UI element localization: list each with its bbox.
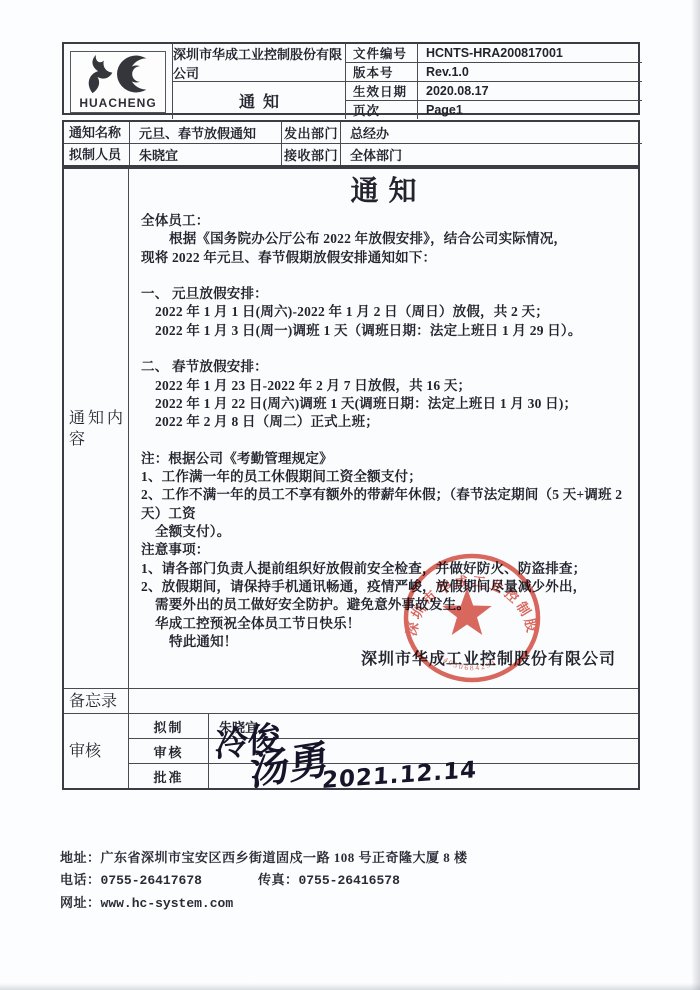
content-line: 一、 元旦放假安排： <box>129 285 638 303</box>
review-label-check: 审核 <box>129 738 208 763</box>
content-line: 2022 年 2 月 8 日（周二）正式上班； <box>129 413 638 431</box>
content-line: 二、 春节放假安排： <box>129 358 638 376</box>
receive-dept-value: 全体部门 <box>340 143 642 165</box>
content-line: 全额支付）。 <box>129 523 638 541</box>
footer-website-url: www.hc-system.com <box>101 896 234 911</box>
field-label-doc-no: 文件编号 <box>345 44 417 62</box>
content-line: 深圳市华成工业控制股份有限公司 <box>129 651 638 669</box>
review-sublabels: 拟制 审核 批准 <box>129 714 209 788</box>
company-logo: HUACHENG <box>70 51 166 113</box>
content-line: 全体员工： <box>129 212 638 230</box>
review-label-draft: 拟制 <box>129 714 208 738</box>
company-name: 深圳市华成工业控制股份有限公司 <box>172 44 345 81</box>
footer-contact-block: 地址：广东省深圳市宝安区西乡街道固戍一路 108 号正奇隆大厦 8 楼 电话：0… <box>60 847 468 915</box>
footer-fax-label: 传真： <box>258 872 299 887</box>
notice-name-value: 元旦、春节放假通知 <box>129 122 281 143</box>
footer-phone-fax: 电话：0755-26417678传真：0755-26416578 <box>60 869 468 892</box>
scan-edge-right <box>691 0 700 990</box>
footer-fax: 0755-26416578 <box>298 873 399 888</box>
field-value-page: Page1 <box>417 100 642 119</box>
notice-title: 通知 <box>129 174 638 212</box>
content-line: 需要外出的员工做好安全防护。避免意外事故发生。 <box>129 596 638 614</box>
footer-phone-label: 电话： <box>60 872 101 887</box>
content-line: 2022 年 1 月 23 日-2022 年 2 月 7 日放假，共 16 天； <box>129 377 638 395</box>
drafter-value: 朱晓宜 <box>129 143 281 165</box>
content-line: 2022 年 1 月 1 日(周六)-2022 年 1 月 2 日（周日）放假，… <box>129 303 638 321</box>
field-value-doc-no: HCNTS-HRA200817001 <box>417 44 642 62</box>
footer-address: 地址：广东省深圳市宝安区西乡街道固戍一路 108 号正奇隆大厦 8 楼 <box>60 847 468 869</box>
content-line: 1、请各部门负责人提前组织好放假前安全检查，并做好防火、防盗排查； <box>129 560 638 578</box>
memo-value <box>129 689 638 713</box>
review-label: 审核 <box>64 714 129 788</box>
doc-type-title: 通知 <box>172 81 345 119</box>
seal-number: 44030684294 <box>437 652 498 672</box>
field-value-effective-date: 2020.08.17 <box>417 81 642 100</box>
content-line: 2022 年 1 月 3 日(周一)调班 1 天（调班日期：法定上班日 1 月 … <box>129 322 638 340</box>
main-table: 通知内容 通知 全体员工：根据《国务院办公厅公布 2022 年放假安排》，结合公… <box>62 167 640 790</box>
content-lines: 全体员工：根据《国务院办公厅公布 2022 年放假安排》，结合公司实际情况，现将… <box>129 212 638 669</box>
notice-content-row: 通知内容 通知 全体员工：根据《国务院办公厅公布 2022 年放假安排》，结合公… <box>64 169 638 688</box>
company-seal: 深圳市华成工业控制股份有限公司 44030684294 <box>401 552 543 688</box>
content-line: 注：根据公司《考勤管理规定》 <box>129 450 638 468</box>
content-line <box>129 340 638 358</box>
notice-content-body: 通知 全体员工：根据《国务院办公厅公布 2022 年放假安排》，结合公司实际情况… <box>129 169 638 688</box>
issue-dept-value: 总经办 <box>340 122 642 143</box>
content-line: 华成工控预祝全体员工节日快乐！ <box>129 615 638 633</box>
info-table: 通知名称 元旦、春节放假通知 发出部门 总经办 拟制人员 朱晓宜 接收部门 全体… <box>62 120 640 167</box>
footer-website-label: 网址： <box>60 895 101 910</box>
document-page: HUACHENG 深圳市华成工业控制股份有限公司 通知 文件编号 HCNTS-H… <box>0 0 700 990</box>
issue-dept-label: 发出部门 <box>281 122 340 143</box>
field-value-rev: Rev.1.0 <box>417 62 642 81</box>
field-label-page: 页次 <box>345 100 417 119</box>
content-line: 特此通知！ <box>129 633 638 651</box>
content-line: 注意事项： <box>129 541 638 559</box>
notice-name-label: 通知名称 <box>64 122 129 143</box>
content-line: 1、工作满一年的员工休假期间工资全额支付； <box>129 468 638 486</box>
content-line <box>129 432 638 450</box>
memo-row: 备忘录 <box>64 688 638 713</box>
content-line: 2、放假期间，请保持手机通讯畅通，疫情严峻，放假期间尽量减少外出， <box>129 578 638 596</box>
footer-phone: 0755-26417678 <box>101 873 202 888</box>
logo-cell: HUACHENG <box>64 44 172 119</box>
content-line: 2、工作不满一年的员工不享有额外的带薪年休假；（春节法定期间（5 天+调班 2 … <box>129 486 638 523</box>
footer-website: 网址：www.hc-system.com <box>60 892 468 915</box>
content-line <box>129 267 638 285</box>
receive-dept-label: 接收部门 <box>281 143 340 165</box>
scan-edge-bottom <box>0 983 700 990</box>
seal-star <box>442 588 491 635</box>
logo-wordmark: HUACHENG <box>79 96 156 110</box>
content-line: 2022 年 1 月 22 日(周六)调班 1 天(调班日期：法定上班日 1 月… <box>129 395 638 413</box>
memo-label: 备忘录 <box>64 689 129 713</box>
drafter-label: 拟制人员 <box>64 143 129 165</box>
huacheng-logo-icon <box>79 53 157 95</box>
notice-content-label: 通知内容 <box>64 169 129 688</box>
field-label-rev: 版本号 <box>345 62 417 81</box>
header-table: HUACHENG 深圳市华成工业控制股份有限公司 通知 文件编号 HCNTS-H… <box>62 42 640 115</box>
content-line: 根据《国务院办公厅公布 2022 年放假安排》，结合公司实际情况， <box>129 230 638 248</box>
field-label-effective-date: 生效日期 <box>345 81 417 100</box>
content-line: 现将 2022 年元旦、春节假期放假安排通知如下： <box>129 249 638 267</box>
review-label-approve: 批准 <box>129 763 208 788</box>
